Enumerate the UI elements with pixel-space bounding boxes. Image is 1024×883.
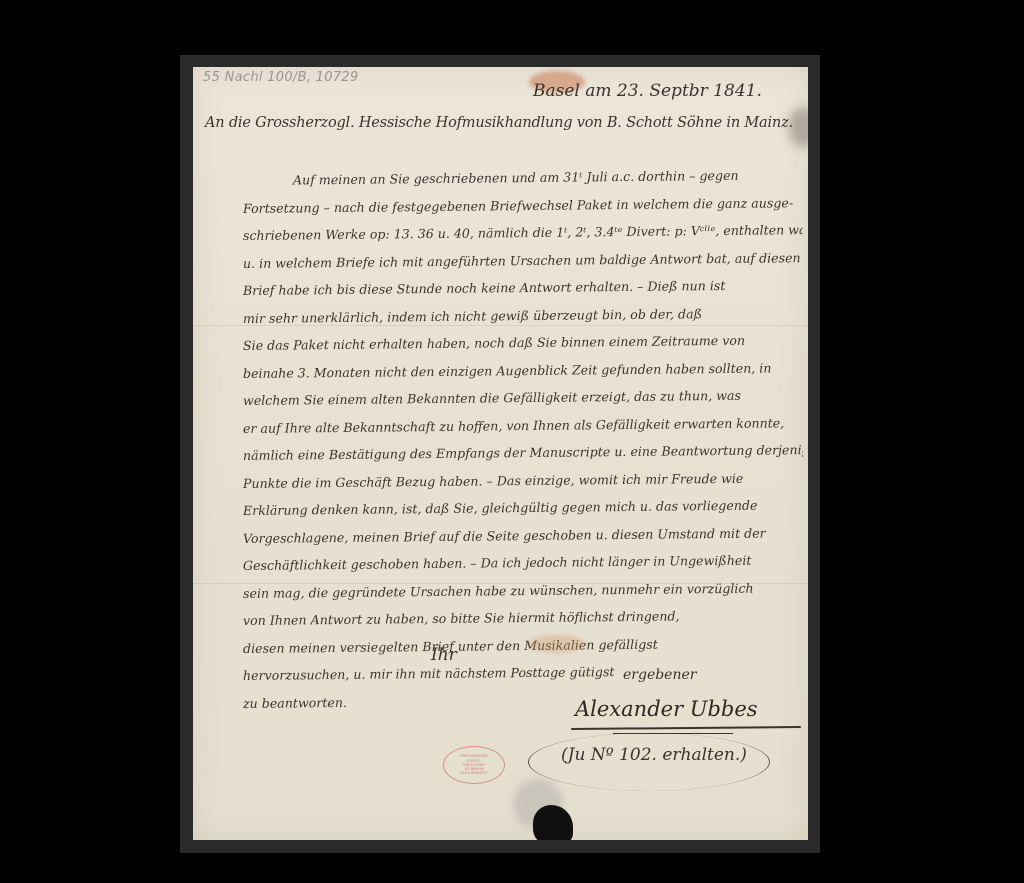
signature-flourish (571, 726, 801, 730)
shelfmark-pencil-note: 55 Nachl 100/B, 10729 (203, 70, 359, 85)
ink-blot (533, 805, 573, 840)
stamp-text: KULTURBESITZ (461, 771, 487, 775)
letter-body: Auf meinen an Sie geschriebenen und am 3… (243, 167, 803, 717)
signature: Alexander Ubbes (575, 697, 758, 721)
library-stamp: PREUSSISCHER STAATS- BIBLIOTHEK ZU BERLI… (443, 746, 505, 784)
regards-word: ergebener (623, 667, 696, 683)
closing-word: Ihr (431, 645, 457, 665)
letter-page: 55 Nachl 100/B, 10729 Basel am 23. Septb… (193, 67, 808, 840)
dateline: Basel am 23. Septbr 1841. (533, 81, 762, 101)
receipt-note: (Ju Nº 102. erhalten.) (561, 745, 747, 765)
wax-stain (529, 635, 585, 653)
address-line: An die Grossherzogl. Hessische Hofmusikh… (205, 115, 793, 131)
